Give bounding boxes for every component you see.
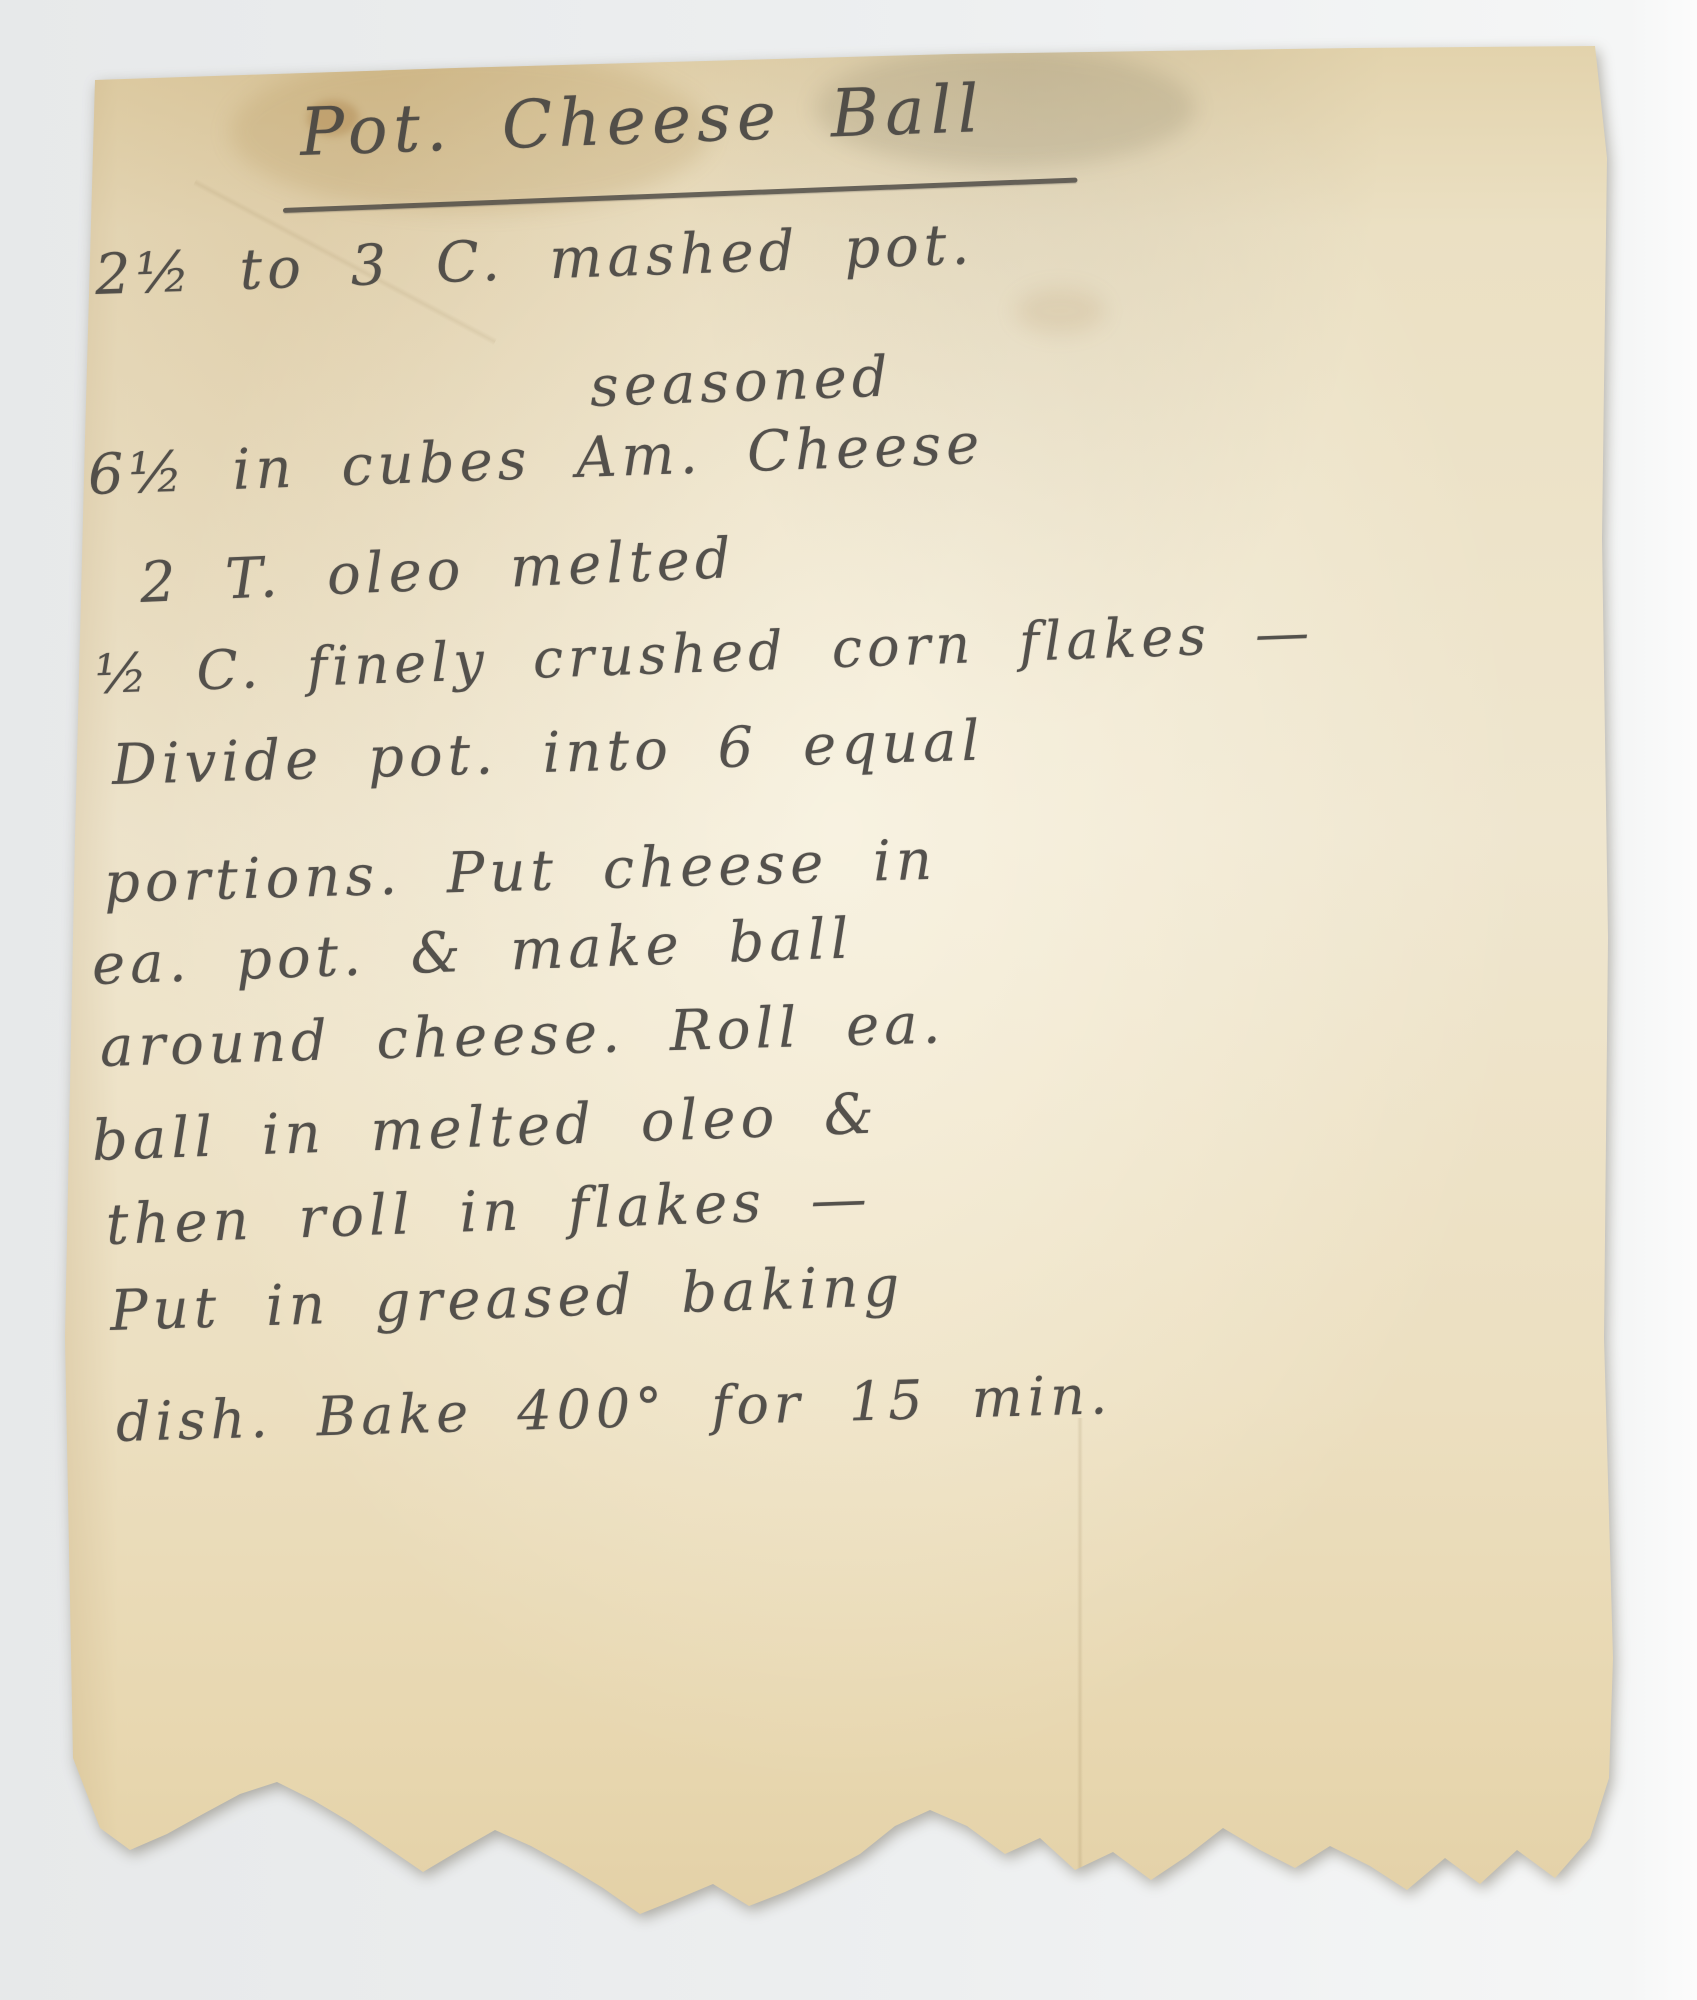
recipe-line: seasoned: [589, 349, 894, 416]
paper-stain: [1015, 288, 1105, 334]
scanned-recipe-image: Pot. Cheese Ball 2½ to 3 C. mashed pot. …: [0, 0, 1697, 2000]
paper-crease: [1077, 1418, 1083, 1918]
